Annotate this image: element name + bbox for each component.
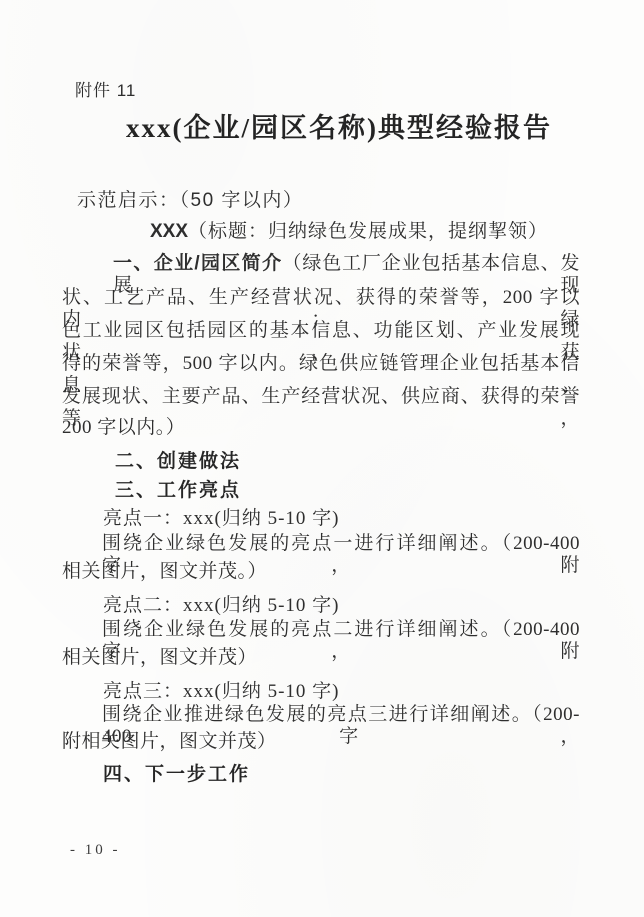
section-1-heading: 一、企业/园区简介	[113, 253, 283, 274]
headline-prefix: XXX	[150, 221, 188, 242]
intro-line: 示范启示：（50 字以内）	[77, 185, 303, 212]
attachment-label: 附件 11	[75, 76, 136, 101]
highlight-1-label: 亮点一：xxx(归纳 5-10 字)	[103, 503, 339, 530]
page-number: - 10 -	[70, 842, 121, 859]
section-4-heading: 四、下一步工作	[103, 759, 250, 786]
body-line: 200 字以内。）	[62, 417, 580, 439]
document-page: 附件 11 xxx(企业/园区名称)典型经验报告 示范启示：（50 字以内） X…	[0, 0, 644, 917]
section-3-heading: 三、工作亮点	[115, 475, 241, 502]
highlight-2-label: 亮点二：xxx(归纳 5-10 字)	[103, 590, 339, 617]
page-title: xxx(企业/园区名称)典型经验报告	[0, 106, 644, 145]
highlight-2-desc-line: 相关图片，图文并茂）	[62, 647, 580, 669]
headline-line: XXX（标题：归纳绿色发展成果，提纲挈领）	[150, 216, 548, 243]
highlight-3-desc-line: 附相关图片，图文并茂）	[62, 731, 580, 753]
headline-rest: （标题：归纳绿色发展成果，提纲挈领）	[188, 221, 548, 242]
highlight-1-desc-line: 相关图片，图文并茂。）	[62, 561, 580, 583]
section-2-heading: 二、创建做法	[115, 446, 241, 473]
highlight-3-label: 亮点三：xxx(归纳 5-10 字)	[103, 676, 339, 703]
